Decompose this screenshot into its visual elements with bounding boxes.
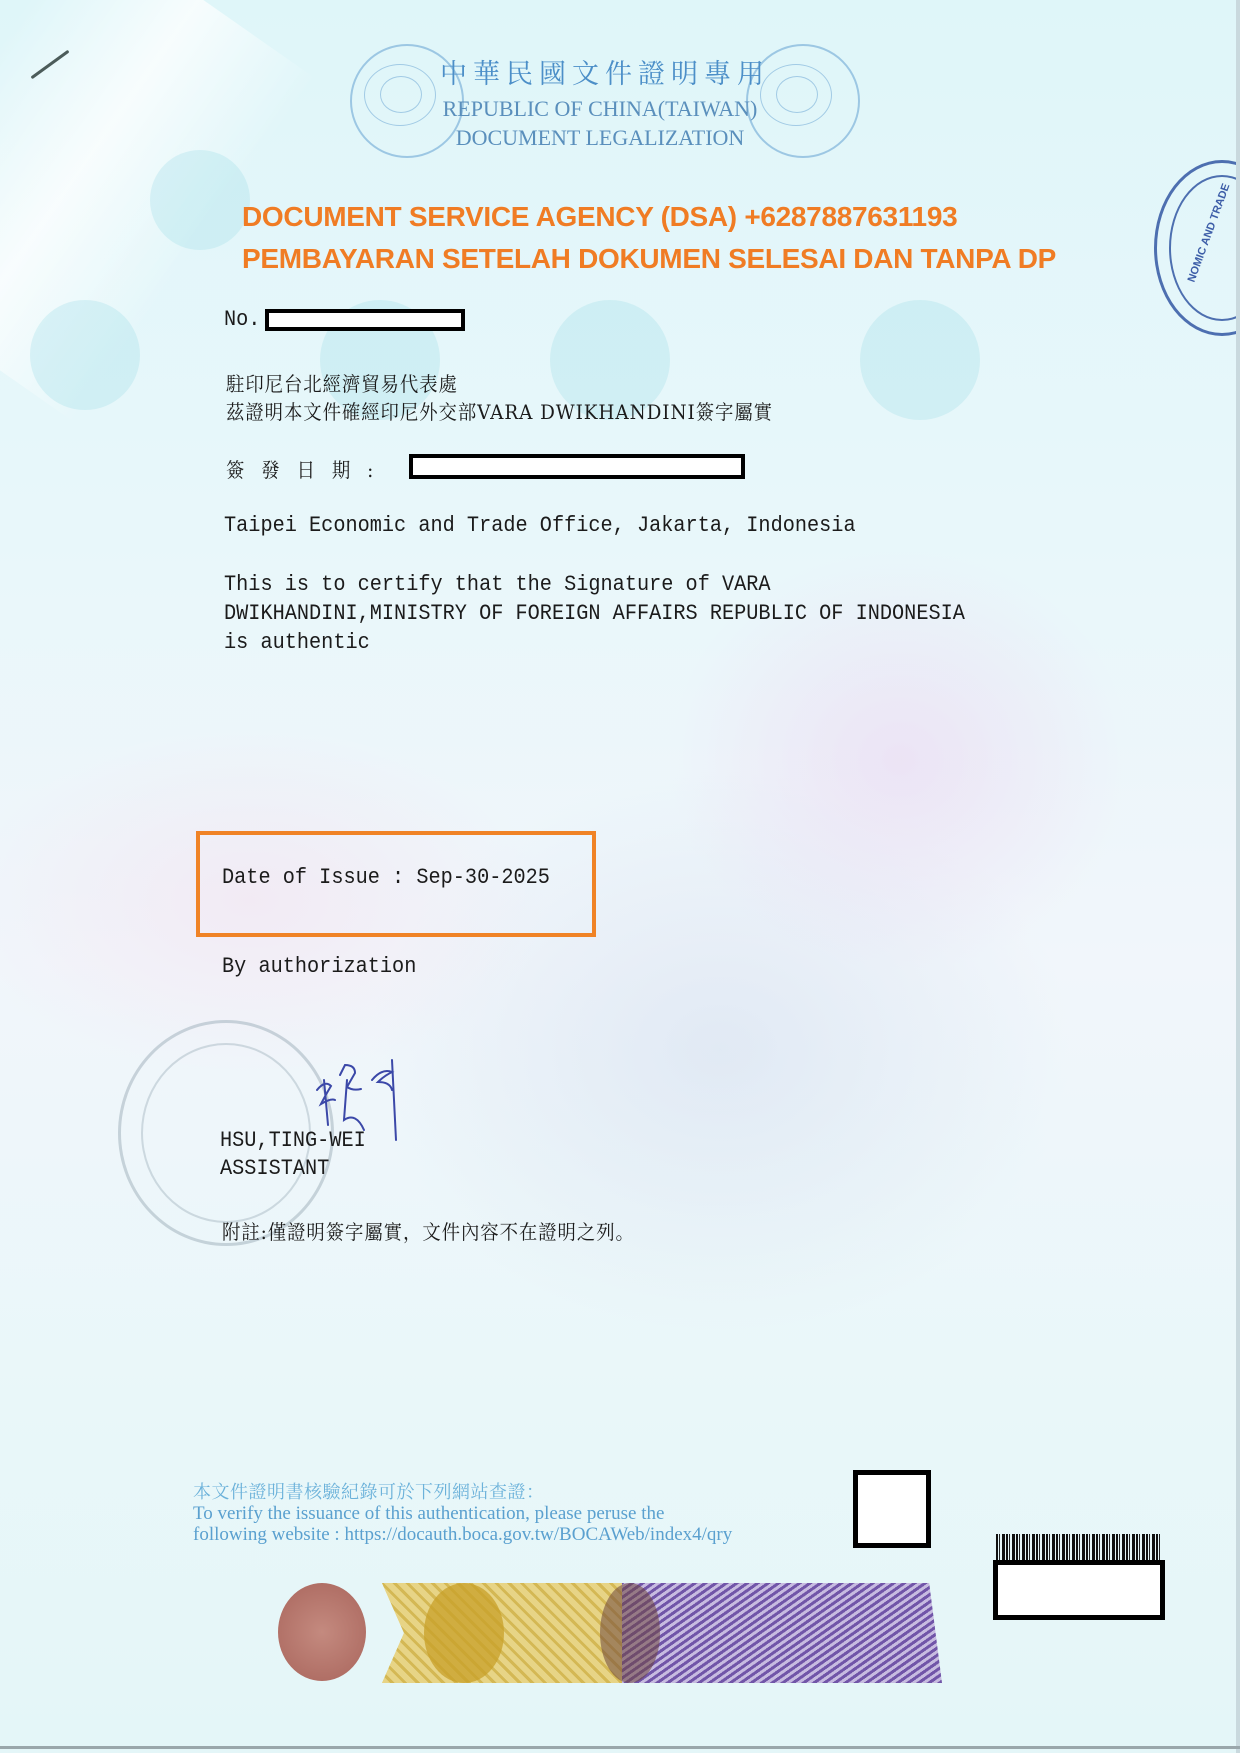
emblem-subtitle-english: DOCUMENT LEGALIZATION <box>330 125 870 151</box>
certification-statement-chinese: 茲證明本文件確經印尼外交部VARA DWIKHANDINI簽字屬實 <box>226 396 773 425</box>
barcode-number-redacted <box>993 1560 1165 1620</box>
agency-payment-line: PEMBAYARAN SETELAH DOKUMEN SELESAI DAN T… <box>242 238 1056 280</box>
emblem-title-english: REPUBLIC OF CHINA(TAIWAN) <box>330 96 870 122</box>
signatory-name: HSU,TING-WEI <box>220 1128 366 1153</box>
date-of-issue: Date of Issue : Sep-30-2025 <box>222 865 550 890</box>
qr-code-redacted <box>853 1470 931 1548</box>
watermark-circle <box>30 300 140 410</box>
watermark-circle <box>860 300 980 420</box>
certificate-number-label: No. <box>224 307 260 332</box>
certification-statement-line-3: is authentic <box>224 630 370 655</box>
page-edge <box>0 1746 1240 1749</box>
security-medallion-icon <box>278 1583 366 1681</box>
document-page: 中華民國文件證明專用 REPUBLIC OF CHINA(TAIWAN) DOC… <box>0 0 1240 1753</box>
issue-date-chinese-label: 簽 發 日 期 : <box>226 454 379 483</box>
gold-guilloche-pattern <box>382 1583 632 1683</box>
disclaimer-note-chinese: 附註:僅證明簽字屬實，文件內容不在證明之列。 <box>222 1216 635 1245</box>
office-name-english: Taipei Economic and Trade Office, Jakart… <box>224 513 856 538</box>
barcode-icon <box>996 1534 1160 1560</box>
issue-date-chinese-redacted <box>409 454 745 479</box>
verification-line-english-1: To verify the issuance of this authentic… <box>193 1503 732 1524</box>
emblem-title-chinese: 中華民國文件證明專用 <box>440 52 770 91</box>
verification-line-english-2: following website : https://docauth.boca… <box>193 1524 732 1545</box>
page-edge <box>1236 0 1240 1753</box>
gold-emblem-disc <box>424 1583 504 1683</box>
verification-instructions: 本文件證明書核驗紀錄可於下列網站查證： To verify the issuan… <box>193 1482 732 1545</box>
agency-contact-line: DOCUMENT SERVICE AGENCY (DSA) +628788763… <box>242 196 1056 238</box>
by-authorization-label: By authorization <box>222 954 416 979</box>
legalization-emblem: 中華民國文件證明專用 REPUBLIC OF CHINA(TAIWAN) DOC… <box>330 38 870 158</box>
agency-banner: DOCUMENT SERVICE AGENCY (DSA) +628788763… <box>242 196 1056 280</box>
certificate-number-redacted <box>265 309 465 331</box>
office-seal-icon: NOMIC AND TRADE <box>1154 160 1240 336</box>
watermark-circle <box>150 150 250 250</box>
certification-statement-line-1: This is to certify that the Signature of… <box>224 572 771 597</box>
certification-statement-line-2: DWIKHANDINI,MINISTRY OF FOREIGN AFFAIRS … <box>224 601 965 626</box>
signatory-title: ASSISTANT <box>220 1156 329 1181</box>
security-hologram-band <box>382 1583 942 1683</box>
seal-text: NOMIC AND TRADE <box>1186 182 1233 284</box>
purple-guilloche-pattern <box>622 1583 942 1683</box>
bronze-emblem-disc <box>600 1583 660 1683</box>
verification-line-chinese: 本文件證明書核驗紀錄可於下列網站查證： <box>193 1482 732 1503</box>
office-name-chinese: 駐印尼台北經濟貿易代表處 <box>226 368 458 397</box>
